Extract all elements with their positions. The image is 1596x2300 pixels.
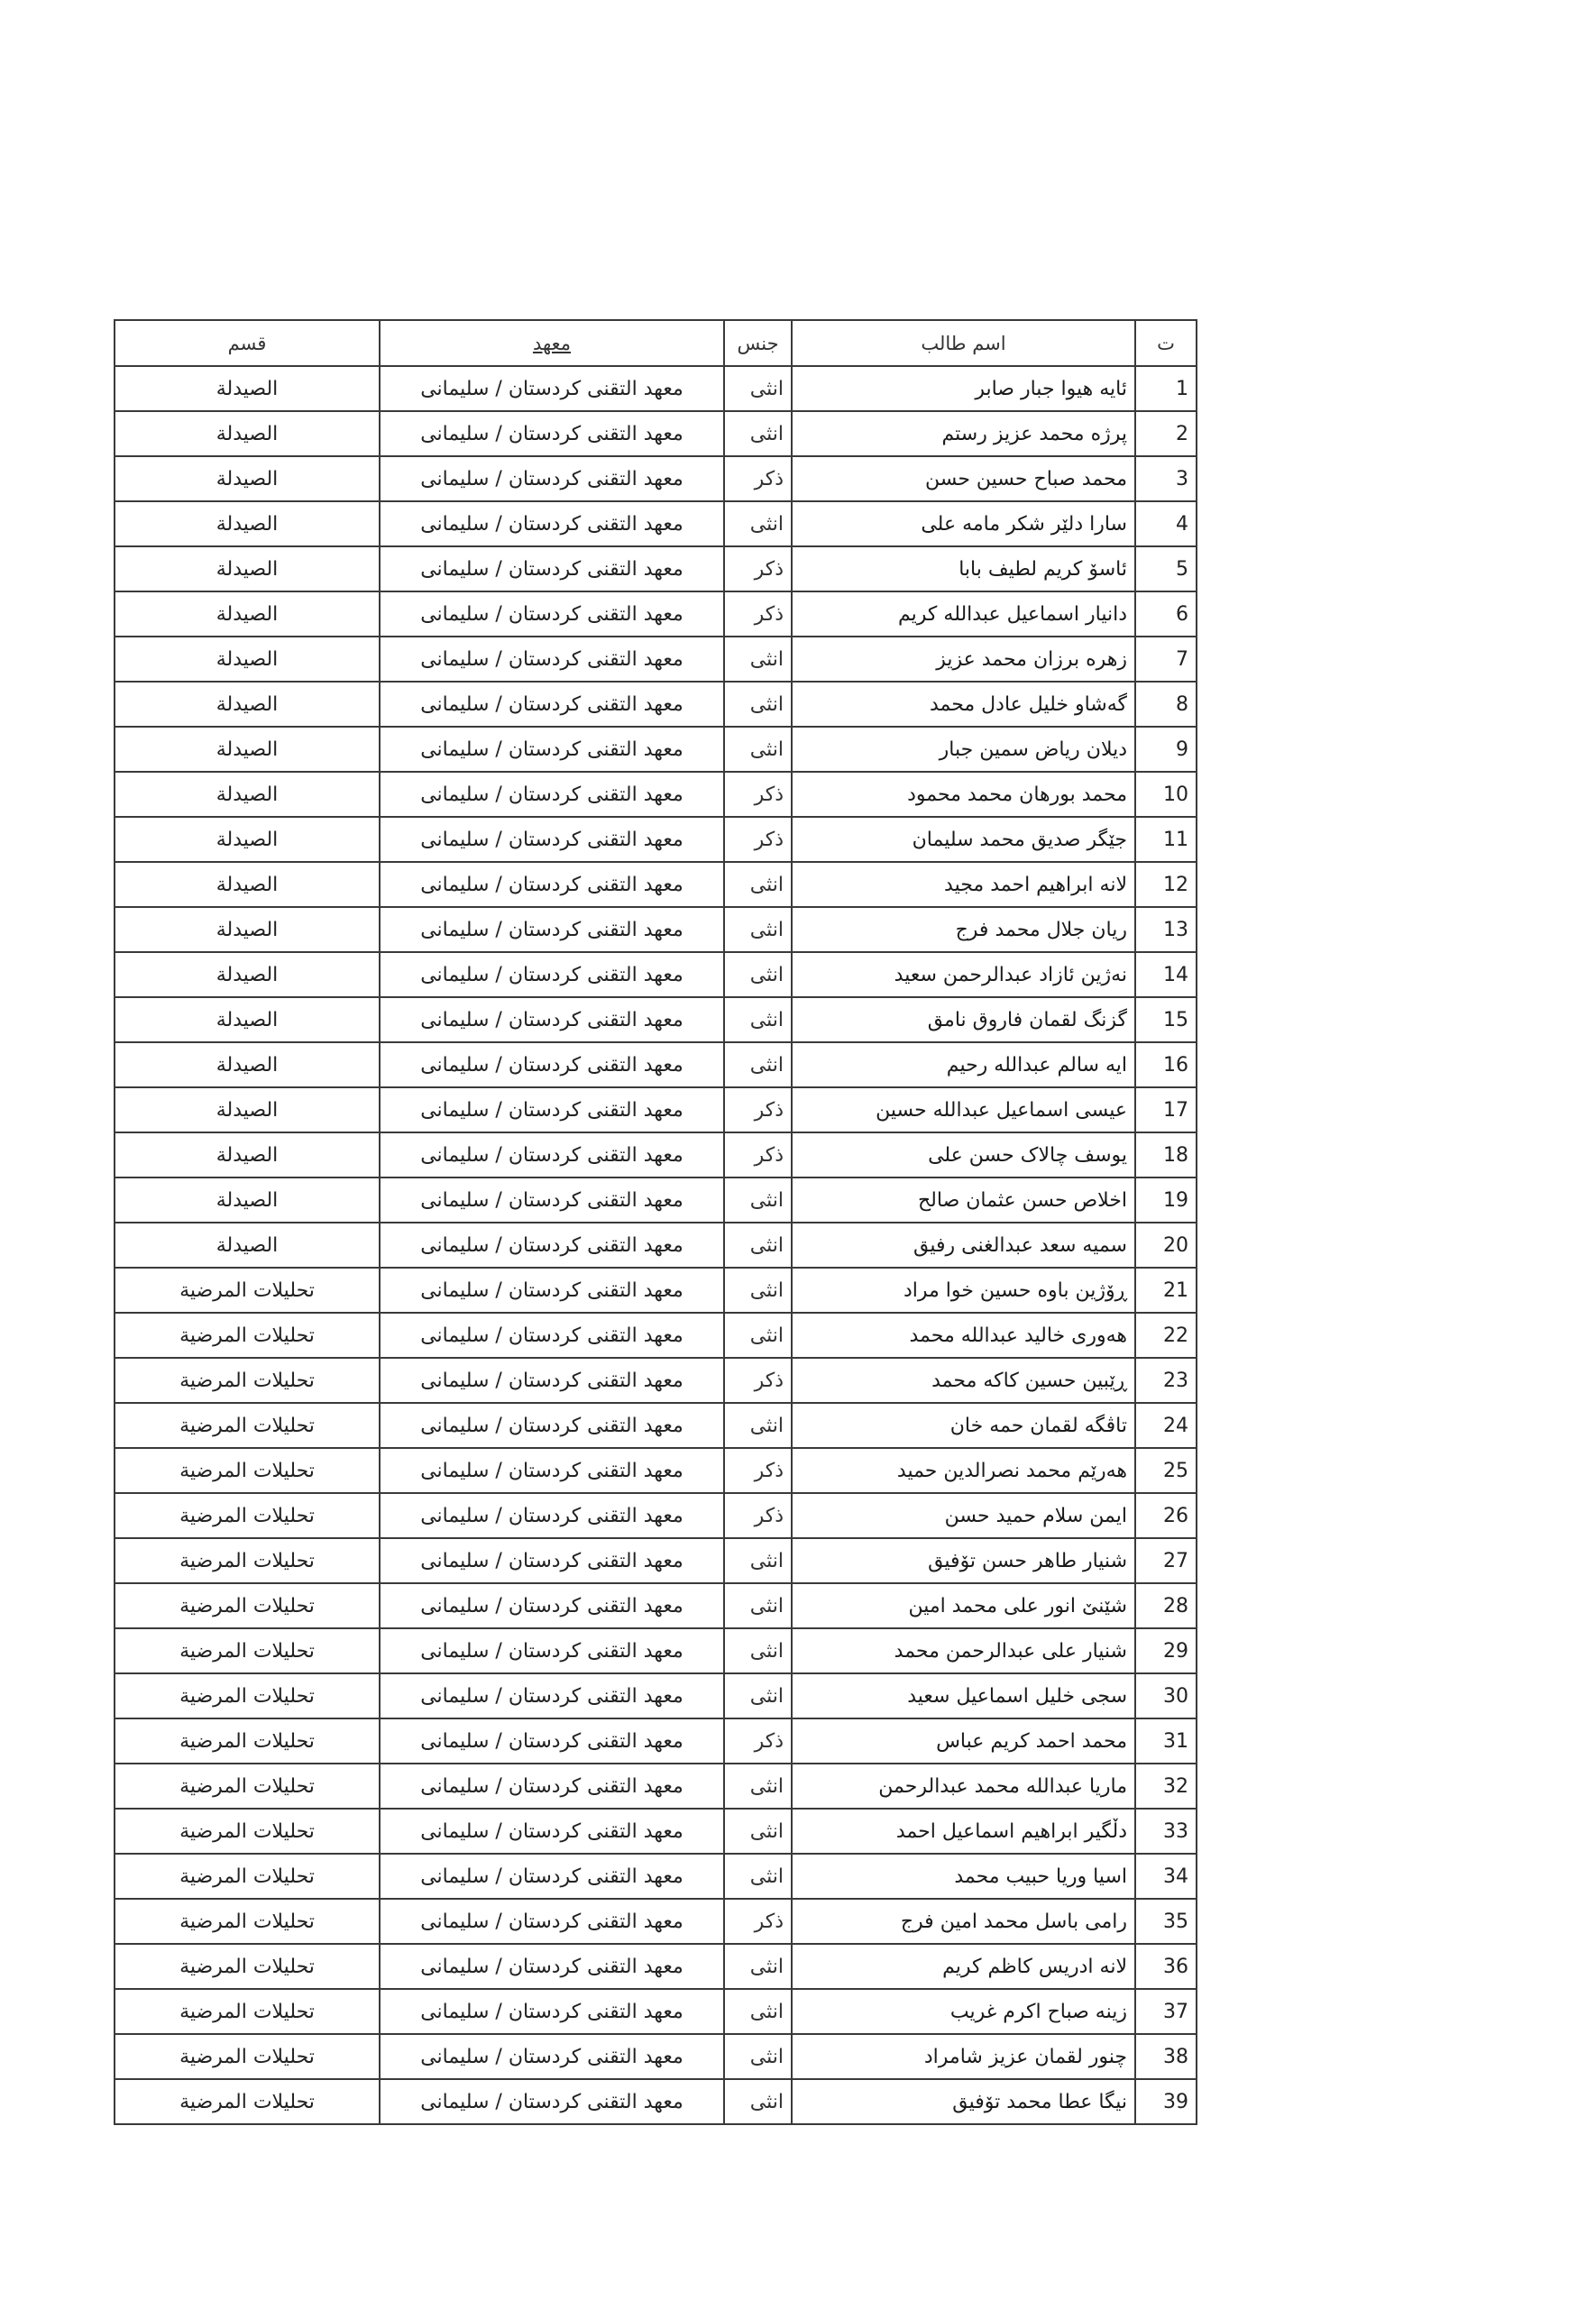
cell-number: 13 bbox=[1135, 907, 1197, 952]
cell-number: 2 bbox=[1135, 411, 1197, 456]
cell-institute: معهد التقنى كردستان / سليمانى bbox=[380, 1854, 724, 1899]
header-student-name: اسم طالب bbox=[792, 320, 1135, 366]
cell-number: 7 bbox=[1135, 637, 1197, 682]
cell-student-name: تاڤگه لقمان حمه خان bbox=[792, 1403, 1135, 1448]
cell-institute: معهد التقنى كردستان / سليمانى bbox=[380, 1718, 724, 1764]
cell-gender: ذكر bbox=[724, 456, 792, 501]
cell-gender: انثى bbox=[724, 1223, 792, 1268]
cell-student-name: ديلان رياض سمين جبار bbox=[792, 727, 1135, 772]
table-row: تحليلات المرضيةمعهد التقنى كردستان / سلي… bbox=[115, 1583, 1197, 1628]
cell-institute: معهد التقنى كردستان / سليمانى bbox=[380, 1223, 724, 1268]
table-row: تحليلات المرضيةمعهد التقنى كردستان / سلي… bbox=[115, 1989, 1197, 2034]
cell-gender: ذكر bbox=[724, 1448, 792, 1493]
table-row: تحليلات المرضيةمعهد التقنى كردستان / سلي… bbox=[115, 1809, 1197, 1854]
cell-number: 22 bbox=[1135, 1313, 1197, 1358]
cell-student-name: گزنگ لقمان فاروق نامق bbox=[792, 997, 1135, 1042]
cell-student-name: نەژين ئازاد عبدالرحمن سعيد bbox=[792, 952, 1135, 997]
cell-gender: انثى bbox=[724, 907, 792, 952]
table-row: تحليلات المرضيةمعهد التقنى كردستان / سلي… bbox=[115, 1628, 1197, 1673]
cell-gender: انثى bbox=[724, 411, 792, 456]
cell-department: تحليلات المرضية bbox=[115, 1944, 380, 1989]
cell-number: 38 bbox=[1135, 2034, 1197, 2079]
cell-institute: معهد التقنى كردستان / سليمانى bbox=[380, 1809, 724, 1854]
table-row: الصيدلةمعهد التقنى كردستان / سليمانىانثى… bbox=[115, 637, 1197, 682]
cell-gender: ذكر bbox=[724, 546, 792, 591]
cell-institute: معهد التقنى كردستان / سليمانى bbox=[380, 591, 724, 637]
cell-number: 6 bbox=[1135, 591, 1197, 637]
cell-department: تحليلات المرضية bbox=[115, 1764, 380, 1809]
cell-institute: معهد التقنى كردستان / سليمانى bbox=[380, 1448, 724, 1493]
table-row: الصيدلةمعهد التقنى كردستان / سليمانىذكرم… bbox=[115, 772, 1197, 817]
table-body: الصيدلةمعهد التقنى كردستان / سليمانىانثى… bbox=[115, 366, 1197, 2124]
cell-department: الصيدلة bbox=[115, 591, 380, 637]
cell-student-name: شنيار طاهر حسن تۆفيق bbox=[792, 1538, 1135, 1583]
cell-department: تحليلات المرضية bbox=[115, 1899, 380, 1944]
table-row: تحليلات المرضيةمعهد التقنى كردستان / سلي… bbox=[115, 1718, 1197, 1764]
cell-gender: انثى bbox=[724, 952, 792, 997]
cell-department: تحليلات المرضية bbox=[115, 1854, 380, 1899]
cell-gender: انثى bbox=[724, 1583, 792, 1628]
cell-institute: معهد التقنى كردستان / سليمانى bbox=[380, 682, 724, 727]
document-page: قسم معهد جنس اسم طالب ت الصيدلةمعهد التق… bbox=[0, 0, 1596, 2300]
cell-number: 25 bbox=[1135, 1448, 1197, 1493]
table-row: الصيدلةمعهد التقنى كردستان / سليمانىذكرم… bbox=[115, 456, 1197, 501]
cell-student-name: ئاسۆ كريم لطيف بابا bbox=[792, 546, 1135, 591]
cell-institute: معهد التقنى كردستان / سليمانى bbox=[380, 1538, 724, 1583]
cell-institute: معهد التقنى كردستان / سليمانى bbox=[380, 411, 724, 456]
cell-institute: معهد التقنى كردستان / سليمانى bbox=[380, 2079, 724, 2124]
cell-student-name: سميه سعد عبدالغنى رفيق bbox=[792, 1223, 1135, 1268]
cell-student-name: محمد احمد كريم عباس bbox=[792, 1718, 1135, 1764]
cell-institute: معهد التقنى كردستان / سليمانى bbox=[380, 1177, 724, 1223]
cell-department: الصيدلة bbox=[115, 682, 380, 727]
cell-department: الصيدلة bbox=[115, 456, 380, 501]
cell-gender: انثى bbox=[724, 501, 792, 546]
cell-institute: معهد التقنى كردستان / سليمانى bbox=[380, 862, 724, 907]
cell-student-name: سجى خليل اسماعيل سعيد bbox=[792, 1673, 1135, 1718]
table-row: الصيدلةمعهد التقنى كردستان / سليمانىذكرد… bbox=[115, 591, 1197, 637]
cell-student-name: هەرێم محمد نصرالدين حميد bbox=[792, 1448, 1135, 1493]
cell-gender: ذكر bbox=[724, 817, 792, 862]
cell-department: تحليلات المرضية bbox=[115, 1989, 380, 2034]
cell-number: 28 bbox=[1135, 1583, 1197, 1628]
table-row: الصيدلةمعهد التقنى كردستان / سليمانىذكرئ… bbox=[115, 546, 1197, 591]
cell-number: 26 bbox=[1135, 1493, 1197, 1538]
table-row: الصيدلةمعهد التقنى كردستان / سليمانىذكرع… bbox=[115, 1087, 1197, 1132]
cell-gender: انثى bbox=[724, 1764, 792, 1809]
cell-department: الصيدلة bbox=[115, 1223, 380, 1268]
cell-student-name: ڕێبين حسين كاكه محمد bbox=[792, 1358, 1135, 1403]
cell-department: الصيدلة bbox=[115, 862, 380, 907]
cell-gender: انثى bbox=[724, 727, 792, 772]
cell-number: 34 bbox=[1135, 1854, 1197, 1899]
cell-institute: معهد التقنى كردستان / سليمانى bbox=[380, 772, 724, 817]
table-row: تحليلات المرضيةمعهد التقنى كردستان / سلي… bbox=[115, 1854, 1197, 1899]
cell-institute: معهد التقنى كردستان / سليمانى bbox=[380, 1313, 724, 1358]
cell-gender: ذكر bbox=[724, 1493, 792, 1538]
cell-institute: معهد التقنى كردستان / سليمانى bbox=[380, 1989, 724, 2034]
table-row: تحليلات المرضيةمعهد التقنى كردستان / سلي… bbox=[115, 1899, 1197, 1944]
cell-number: 31 bbox=[1135, 1718, 1197, 1764]
cell-institute: معهد التقنى كردستان / سليمانى bbox=[380, 637, 724, 682]
table-row: الصيدلةمعهد التقنى كردستان / سليمانىانثى… bbox=[115, 1042, 1197, 1087]
cell-department: الصيدلة bbox=[115, 1087, 380, 1132]
cell-department: الصيدلة bbox=[115, 366, 380, 411]
table-row: تحليلات المرضيةمعهد التقنى كردستان / سلي… bbox=[115, 1313, 1197, 1358]
cell-department: الصيدلة bbox=[115, 1132, 380, 1177]
cell-gender: انثى bbox=[724, 637, 792, 682]
cell-gender: انثى bbox=[724, 997, 792, 1042]
cell-gender: انثى bbox=[724, 2034, 792, 2079]
cell-department: الصيدلة bbox=[115, 411, 380, 456]
table-header-row: قسم معهد جنس اسم طالب ت bbox=[115, 320, 1197, 366]
cell-student-name: هەورى خاليد عبدالله محمد bbox=[792, 1313, 1135, 1358]
cell-gender: ذكر bbox=[724, 1358, 792, 1403]
cell-gender: ذكر bbox=[724, 1718, 792, 1764]
cell-institute: معهد التقنى كردستان / سليمانى bbox=[380, 1899, 724, 1944]
cell-student-name: ئایە هیوا جبار صابر bbox=[792, 366, 1135, 411]
cell-institute: معهد التقنى كردستان / سليمانى bbox=[380, 1628, 724, 1673]
cell-student-name: رامى باسل محمد امين فرج bbox=[792, 1899, 1135, 1944]
cell-student-name: ايمن سلام حميد حسن bbox=[792, 1493, 1135, 1538]
cell-gender: انثى bbox=[724, 1268, 792, 1313]
cell-student-name: چنور لقمان عزيز شامراد bbox=[792, 2034, 1135, 2079]
cell-department: الصيدلة bbox=[115, 817, 380, 862]
cell-gender: انثى bbox=[724, 2079, 792, 2124]
cell-institute: معهد التقنى كردستان / سليمانى bbox=[380, 727, 724, 772]
cell-gender: ذكر bbox=[724, 772, 792, 817]
cell-department: تحليلات المرضية bbox=[115, 1313, 380, 1358]
cell-gender: انثى bbox=[724, 1809, 792, 1854]
cell-number: 17 bbox=[1135, 1087, 1197, 1132]
cell-student-name: ماريا عبدالله محمد عبدالرحمن bbox=[792, 1764, 1135, 1809]
cell-number: 5 bbox=[1135, 546, 1197, 591]
table-row: الصيدلةمعهد التقنى كردستان / سليمانىانثى… bbox=[115, 501, 1197, 546]
cell-department: تحليلات المرضية bbox=[115, 1718, 380, 1764]
header-number: ت bbox=[1135, 320, 1197, 366]
cell-number: 1 bbox=[1135, 366, 1197, 411]
cell-institute: معهد التقنى كردستان / سليمانى bbox=[380, 1764, 724, 1809]
cell-gender: انثى bbox=[724, 366, 792, 411]
cell-department: تحليلات المرضية bbox=[115, 1358, 380, 1403]
table-row: تحليلات المرضيةمعهد التقنى كردستان / سلي… bbox=[115, 1764, 1197, 1809]
cell-gender: انثى bbox=[724, 1313, 792, 1358]
cell-student-name: اسيا وريا حبيب محمد bbox=[792, 1854, 1135, 1899]
cell-department: تحليلات المرضية bbox=[115, 1583, 380, 1628]
cell-gender: انثى bbox=[724, 1673, 792, 1718]
cell-student-name: محمد بورهان محمد محمود bbox=[792, 772, 1135, 817]
cell-institute: معهد التقنى كردستان / سليمانى bbox=[380, 366, 724, 411]
table-row: الصيدلةمعهد التقنى كردستان / سليمانىانثى… bbox=[115, 907, 1197, 952]
cell-department: الصيدلة bbox=[115, 546, 380, 591]
cell-number: 20 bbox=[1135, 1223, 1197, 1268]
cell-student-name: دڵگير ابراهيم اسماعيل احمد bbox=[792, 1809, 1135, 1854]
cell-department: الصيدلة bbox=[115, 1042, 380, 1087]
cell-institute: معهد التقنى كردستان / سليمانى bbox=[380, 1403, 724, 1448]
cell-number: 3 bbox=[1135, 456, 1197, 501]
cell-institute: معهد التقنى كردستان / سليمانى bbox=[380, 1583, 724, 1628]
cell-number: 16 bbox=[1135, 1042, 1197, 1087]
cell-number: 39 bbox=[1135, 2079, 1197, 2124]
cell-gender: انثى bbox=[724, 1854, 792, 1899]
header-department: قسم bbox=[115, 320, 380, 366]
cell-student-name: يوسف چالاک حسن على bbox=[792, 1132, 1135, 1177]
table-row: تحليلات المرضيةمعهد التقنى كردستان / سلي… bbox=[115, 1673, 1197, 1718]
cell-institute: معهد التقنى كردستان / سليمانى bbox=[380, 1132, 724, 1177]
cell-gender: انثى bbox=[724, 1403, 792, 1448]
cell-department: الصيدلة bbox=[115, 907, 380, 952]
cell-department: تحليلات المرضية bbox=[115, 2034, 380, 2079]
cell-student-name: زينه صباح اكرم غريب bbox=[792, 1989, 1135, 2034]
cell-student-name: پرژە محمد عزيز رستم bbox=[792, 411, 1135, 456]
cell-number: 8 bbox=[1135, 682, 1197, 727]
table-row: تحليلات المرضيةمعهد التقنى كردستان / سلي… bbox=[115, 1493, 1197, 1538]
cell-department: الصيدلة bbox=[115, 637, 380, 682]
cell-institute: معهد التقنى كردستان / سليمانى bbox=[380, 952, 724, 997]
cell-number: 30 bbox=[1135, 1673, 1197, 1718]
cell-student-name: ريان جلال محمد فرج bbox=[792, 907, 1135, 952]
table-row: الصيدلةمعهد التقنى كردستان / سليمانىانثى… bbox=[115, 682, 1197, 727]
cell-number: 33 bbox=[1135, 1809, 1197, 1854]
header-gender: جنس bbox=[724, 320, 792, 366]
cell-number: 36 bbox=[1135, 1944, 1197, 1989]
cell-student-name: ايه سالم عبدالله رحيم bbox=[792, 1042, 1135, 1087]
cell-student-name: اخلاص حسن عثمان صالح bbox=[792, 1177, 1135, 1223]
table-row: الصيدلةمعهد التقنى كردستان / سليمانىانثى… bbox=[115, 997, 1197, 1042]
cell-institute: معهد التقنى كردستان / سليمانى bbox=[380, 907, 724, 952]
cell-number: 10 bbox=[1135, 772, 1197, 817]
cell-student-name: دانيار اسماعيل عبدالله كريم bbox=[792, 591, 1135, 637]
cell-student-name: لانه ادريس كاظم كريم bbox=[792, 1944, 1135, 1989]
cell-number: 14 bbox=[1135, 952, 1197, 997]
cell-department: الصيدلة bbox=[115, 997, 380, 1042]
cell-institute: معهد التقنى كردستان / سليمانى bbox=[380, 1944, 724, 1989]
table-row: تحليلات المرضيةمعهد التقنى كردستان / سلي… bbox=[115, 1268, 1197, 1313]
table-row: تحليلات المرضيةمعهد التقنى كردستان / سلي… bbox=[115, 1358, 1197, 1403]
header-institute-label: معهد bbox=[533, 333, 571, 354]
cell-department: الصيدلة bbox=[115, 772, 380, 817]
cell-gender: ذكر bbox=[724, 1132, 792, 1177]
table-row: الصيدلةمعهد التقنى كردستان / سليمانىانثى… bbox=[115, 952, 1197, 997]
cell-gender: ذكر bbox=[724, 1087, 792, 1132]
cell-number: 24 bbox=[1135, 1403, 1197, 1448]
cell-institute: معهد التقنى كردستان / سليمانى bbox=[380, 456, 724, 501]
cell-gender: انثى bbox=[724, 1944, 792, 1989]
cell-number: 15 bbox=[1135, 997, 1197, 1042]
cell-number: 11 bbox=[1135, 817, 1197, 862]
cell-number: 19 bbox=[1135, 1177, 1197, 1223]
cell-gender: انثى bbox=[724, 1177, 792, 1223]
cell-department: تحليلات المرضية bbox=[115, 1538, 380, 1583]
cell-student-name: نيگا عطا محمد تۆفيق bbox=[792, 2079, 1135, 2124]
header-institute: معهد bbox=[380, 320, 724, 366]
cell-number: 4 bbox=[1135, 501, 1197, 546]
cell-gender: انثى bbox=[724, 1538, 792, 1583]
cell-institute: معهد التقنى كردستان / سليمانى bbox=[380, 1268, 724, 1313]
cell-institute: معهد التقنى كردستان / سليمانى bbox=[380, 1493, 724, 1538]
cell-department: الصيدلة bbox=[115, 727, 380, 772]
cell-student-name: محمد صباح حسين حسن bbox=[792, 456, 1135, 501]
cell-institute: معهد التقنى كردستان / سليمانى bbox=[380, 1358, 724, 1403]
table-row: الصيدلةمعهد التقنى كردستان / سليمانىانثى… bbox=[115, 1177, 1197, 1223]
cell-student-name: جێگر صديق محمد سليمان bbox=[792, 817, 1135, 862]
student-roster-table: قسم معهد جنس اسم طالب ت الصيدلةمعهد التق… bbox=[114, 319, 1197, 2125]
table-row: تحليلات المرضيةمعهد التقنى كردستان / سلي… bbox=[115, 1944, 1197, 1989]
table-row: تحليلات المرضيةمعهد التقنى كردستان / سلي… bbox=[115, 1448, 1197, 1493]
cell-institute: معهد التقنى كردستان / سليمانى bbox=[380, 1087, 724, 1132]
cell-number: 18 bbox=[1135, 1132, 1197, 1177]
cell-student-name: ڕۆژين باوه حسين خوا مراد bbox=[792, 1268, 1135, 1313]
table-row: الصيدلةمعهد التقنى كردستان / سليمانىذكري… bbox=[115, 1132, 1197, 1177]
cell-gender: انثى bbox=[724, 1042, 792, 1087]
cell-institute: معهد التقنى كردستان / سليمانى bbox=[380, 1673, 724, 1718]
table-row: الصيدلةمعهد التقنى كردستان / سليمانىانثى… bbox=[115, 727, 1197, 772]
cell-gender: انثى bbox=[724, 682, 792, 727]
table-row: الصيدلةمعهد التقنى كردستان / سليمانىانثى… bbox=[115, 862, 1197, 907]
cell-department: تحليلات المرضية bbox=[115, 1403, 380, 1448]
cell-department: تحليلات المرضية bbox=[115, 1448, 380, 1493]
cell-number: 32 bbox=[1135, 1764, 1197, 1809]
cell-institute: معهد التقنى كردستان / سليمانى bbox=[380, 1042, 724, 1087]
cell-department: تحليلات المرضية bbox=[115, 1673, 380, 1718]
cell-student-name: سارا دلێر شكر مامه على bbox=[792, 501, 1135, 546]
cell-gender: انثى bbox=[724, 862, 792, 907]
cell-gender: ذكر bbox=[724, 1899, 792, 1944]
cell-number: 37 bbox=[1135, 1989, 1197, 2034]
cell-gender: انثى bbox=[724, 1628, 792, 1673]
cell-student-name: لانه ابراهيم احمد مجيد bbox=[792, 862, 1135, 907]
cell-number: 35 bbox=[1135, 1899, 1197, 1944]
cell-institute: معهد التقنى كردستان / سليمانى bbox=[380, 817, 724, 862]
table-row: تحليلات المرضيةمعهد التقنى كردستان / سلي… bbox=[115, 1403, 1197, 1448]
table-row: تحليلات المرضيةمعهد التقنى كردستان / سلي… bbox=[115, 2034, 1197, 2079]
cell-number: 27 bbox=[1135, 1538, 1197, 1583]
table-row: تحليلات المرضيةمعهد التقنى كردستان / سلي… bbox=[115, 1538, 1197, 1583]
cell-student-name: گەشاو خليل عادل محمد bbox=[792, 682, 1135, 727]
cell-institute: معهد التقنى كردستان / سليمانى bbox=[380, 997, 724, 1042]
cell-number: 9 bbox=[1135, 727, 1197, 772]
cell-department: تحليلات المرضية bbox=[115, 2079, 380, 2124]
cell-department: الصيدلة bbox=[115, 501, 380, 546]
cell-number: 23 bbox=[1135, 1358, 1197, 1403]
cell-student-name: عيسى اسماعيل عبدالله حسين bbox=[792, 1087, 1135, 1132]
cell-department: تحليلات المرضية bbox=[115, 1268, 380, 1313]
table-row: الصيدلةمعهد التقنى كردستان / سليمانىذكرج… bbox=[115, 817, 1197, 862]
cell-department: الصيدلة bbox=[115, 1177, 380, 1223]
table-row: الصيدلةمعهد التقنى كردستان / سليمانىانثى… bbox=[115, 1223, 1197, 1268]
cell-department: تحليلات المرضية bbox=[115, 1628, 380, 1673]
cell-gender: ذكر bbox=[724, 591, 792, 637]
table-row: تحليلات المرضيةمعهد التقنى كردستان / سلي… bbox=[115, 2079, 1197, 2124]
cell-institute: معهد التقنى كردستان / سليمانى bbox=[380, 2034, 724, 2079]
table-row: الصيدلةمعهد التقنى كردستان / سليمانىانثى… bbox=[115, 411, 1197, 456]
cell-number: 21 bbox=[1135, 1268, 1197, 1313]
cell-student-name: زهره برزان محمد عزيز bbox=[792, 637, 1135, 682]
cell-student-name: شنيار على عبدالرحمن محمد bbox=[792, 1628, 1135, 1673]
cell-number: 12 bbox=[1135, 862, 1197, 907]
cell-department: تحليلات المرضية bbox=[115, 1809, 380, 1854]
cell-institute: معهد التقنى كردستان / سليمانى bbox=[380, 501, 724, 546]
cell-department: الصيدلة bbox=[115, 952, 380, 997]
cell-number: 29 bbox=[1135, 1628, 1197, 1673]
cell-institute: معهد التقنى كردستان / سليمانى bbox=[380, 546, 724, 591]
cell-gender: انثى bbox=[724, 1989, 792, 2034]
cell-department: تحليلات المرضية bbox=[115, 1493, 380, 1538]
table-row: الصيدلةمعهد التقنى كردستان / سليمانىانثى… bbox=[115, 366, 1197, 411]
cell-student-name: شێنێ انور على محمد امين bbox=[792, 1583, 1135, 1628]
